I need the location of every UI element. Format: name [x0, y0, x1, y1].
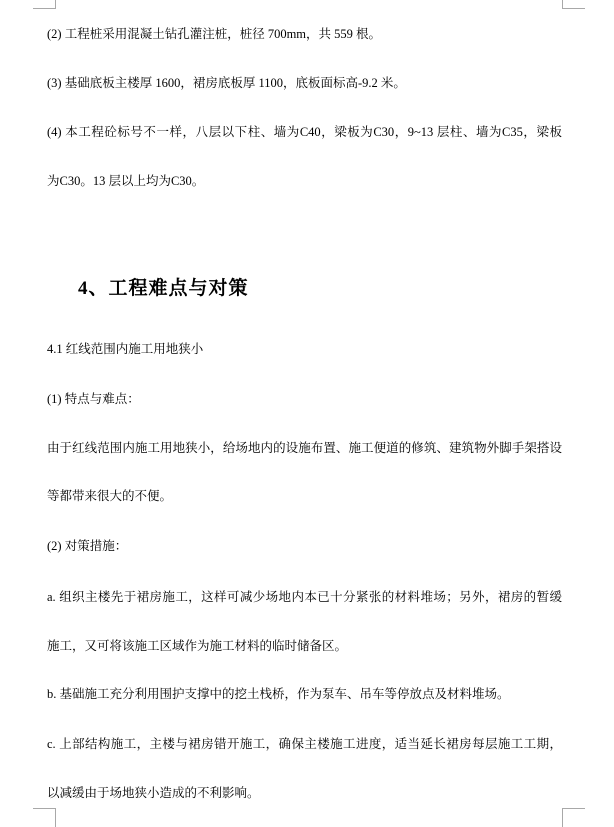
- body-line: 施工，又可将该施工区域作为施工材料的临时储备区。: [47, 638, 562, 655]
- body-line: b. 基础施工充分利用围护支撑中的挖土栈桥，作为泵车、吊车等停放点及材料堆场。: [47, 686, 562, 703]
- body-line: 由于红线范围内施工用地狭小，给场地内的设施布置、施工便道的修筑、建筑物外脚手架搭…: [47, 440, 562, 457]
- body-line: (2) 对策措施：: [47, 538, 562, 555]
- body-line: (2) 工程桩采用混凝土钻孔灌注桩，桩径 700mm，共 559 根。: [47, 26, 562, 43]
- body-line: 等都带来很大的不便。: [47, 488, 562, 505]
- body-line: 以减缓由于场地狭小造成的不利影响。: [47, 785, 562, 802]
- body-line: (4) 本工程砼标号不一样，八层以下柱、墙为C40，梁板为C30，9~13 层柱…: [47, 124, 562, 141]
- margin-corner-mark-bottom-right: [562, 808, 585, 827]
- subsection-heading: 4.1 红线范围内施工用地狭小: [47, 341, 562, 358]
- margin-corner-mark-bottom-left: [33, 808, 56, 827]
- section-heading: 4、工程难点与对策: [78, 277, 562, 301]
- body-line: 为C30。13 层以上均为C30。: [47, 173, 562, 190]
- document-page: (2) 工程桩采用混凝土钻孔灌注桩，桩径 700mm，共 559 根。 (3) …: [0, 0, 614, 827]
- body-line: c. 上部结构施工，主楼与裙房错开施工，确保主楼施工进度，适当延长裙房每层施工工…: [47, 736, 562, 753]
- body-line: (3) 基础底板主楼厚 1600，裙房底板厚 1100，底板面标高-9.2 米。: [47, 75, 562, 92]
- body-line: (1) 特点与难点：: [47, 391, 562, 408]
- margin-corner-mark-top-right: [562, 0, 585, 9]
- body-line: a. 组织主楼先于裙房施工，这样可减少场地内本已十分紧张的材料堆场；另外，裙房的…: [47, 589, 562, 606]
- margin-corner-mark-top-left: [33, 0, 56, 9]
